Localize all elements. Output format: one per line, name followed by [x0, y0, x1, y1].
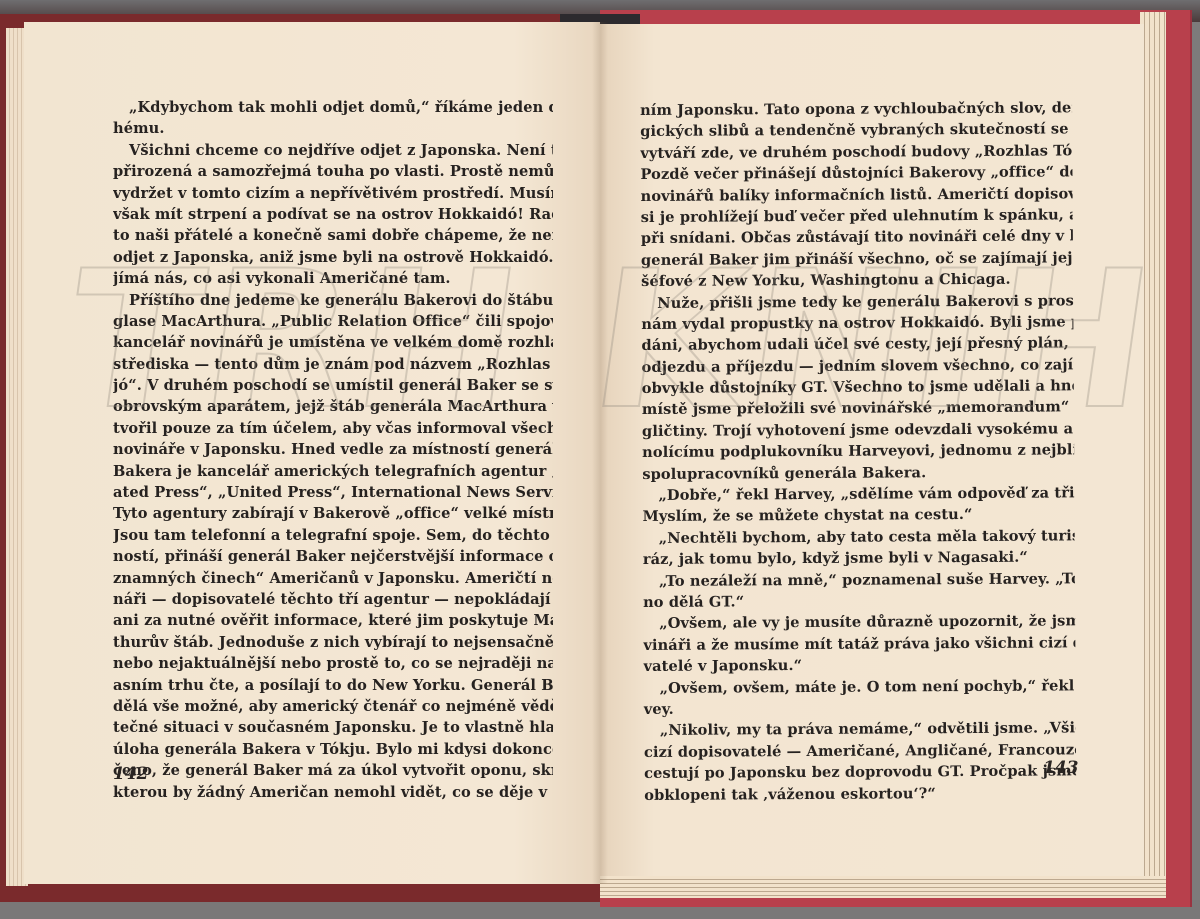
- text-line: ností, přináší generál Baker nejčerstvěj…: [113, 546, 553, 567]
- text-line: přirozená a samozřejmá touha po vlasti. …: [113, 161, 553, 182]
- text-line: novinářů balíky informačních listů. Amer…: [641, 183, 1073, 207]
- text-line: ráz, jak tomu bylo, když jsme byli v Nag…: [643, 547, 1075, 571]
- text-line: vináři a že musíme mít tatáž práva jako …: [643, 632, 1075, 656]
- text-line: ním Japonsku. Tato opona z vychloubačnýc…: [640, 97, 1072, 121]
- text-line: nolícímu podplukovníku Harveyovi, jednom…: [642, 440, 1074, 464]
- text-line: znamných činech“ Američanů v Japonsku. A…: [113, 568, 553, 589]
- text-line: kterou by žádný Američan nemohl vidět, c…: [113, 782, 553, 803]
- text-line: Příštího dne jedeme ke generálu Bakerovi…: [113, 290, 553, 311]
- text-line: Myslím, že se můžete chystat na cestu.“: [642, 504, 1074, 528]
- text-line: však mít strpení a podívat se na ostrov …: [113, 204, 553, 225]
- text-line: při snídani. Občas zůstávají tito noviná…: [641, 226, 1073, 250]
- right-page-number: 143: [1043, 758, 1079, 778]
- text-line: obrovským aparátem, jejž štáb generála M…: [113, 396, 553, 417]
- text-line: si je prohlížejí buď večer před ulehnutí…: [641, 204, 1073, 228]
- text-line: novináře v Japonsku. Hned vedle za místn…: [113, 439, 553, 460]
- text-line: „Ovšem, ovšem, máte je. O tom není pochy…: [644, 675, 1076, 699]
- text-line: šéfové z New Yorku, Washingtonu a Chicag…: [641, 268, 1073, 292]
- text-line: jó“. V druhém poschodí se umístil generá…: [113, 375, 553, 396]
- text-line: obklopeni tak ‚váženou eskortou‘?“: [644, 782, 1076, 806]
- text-line: střediska — tento dům je znám pod názvem…: [113, 354, 553, 375]
- book-gutter: [592, 22, 608, 884]
- text-line: generál Baker jim přináší všechno, oč se…: [641, 247, 1073, 271]
- text-line: nebo nejaktuálnější nebo prostě to, co s…: [113, 653, 553, 674]
- text-line: vytváří zde, ve druhém poschodí budovy „…: [640, 140, 1072, 164]
- text-line: Jsou tam telefonní a telegrafní spoje. S…: [113, 525, 553, 546]
- text-line: spolupracovníků generála Bakera.: [642, 461, 1074, 485]
- text-line: tečné situaci v současném Japonsku. Je t…: [113, 717, 553, 738]
- text-line: Tyto agentury zabírají v Bakerově „offic…: [113, 503, 553, 524]
- text-line: Všichni chceme co nejdříve odjet z Japon…: [113, 140, 553, 161]
- text-line: Bakera je kancelář amerických telegrafní…: [113, 461, 553, 482]
- text-line: cestují po Japonsku bez doprovodu GT. Pr…: [644, 760, 1076, 784]
- text-line: čeno, že generál Baker má za úkol vytvoř…: [113, 760, 553, 781]
- text-line: no dělá GT.“: [643, 589, 1075, 613]
- text-line: jímá nás, co asi vykonali Američané tam.: [113, 268, 553, 289]
- text-line: „Nechtěli bychom, aby tato cesta měla ta…: [643, 525, 1075, 549]
- text-line: „Kdybychom tak mohli odjet domů,“ říkáme…: [113, 97, 553, 118]
- left-page-number: 142: [113, 764, 149, 784]
- text-line: cizí dopisovatelé — Američané, Angličané…: [644, 739, 1076, 763]
- page-edges-bottom: [600, 876, 1166, 898]
- text-line: odjezdu a příjezdu — jedním slovem všech…: [642, 354, 1074, 378]
- text-line: „Nikoliv, my ta práva nemáme,“ odvětili …: [644, 718, 1076, 742]
- text-line: to naši přátelé a konečně sami dobře chá…: [113, 225, 553, 246]
- text-line: asním trhu čte, a posílají to do New Yor…: [113, 675, 553, 696]
- text-line: „Dobře,“ řekl Harvey, „sdělíme vám odpov…: [642, 482, 1074, 506]
- text-line: gličtiny. Trojí vyhotovení jsme odevzdal…: [642, 418, 1074, 442]
- text-line: Pozdě večer přinášejí důstojníci Bakerov…: [640, 162, 1072, 186]
- text-line: nám vydal propustky na ostrov Hokkaidó. …: [641, 311, 1073, 335]
- text-line: „To nezáleží na mně,“ poznamenal suše Ha…: [643, 568, 1075, 592]
- text-line: vatelé v Japonsku.“: [643, 654, 1075, 678]
- text-line: vydržet v tomto cizím a nepřívětivém pro…: [113, 183, 553, 204]
- text-line: dáni, abychom udali účel své cesty, její…: [641, 333, 1073, 357]
- text-line: vey.: [644, 696, 1076, 720]
- text-line: odjet z Japonska, aniž jsme byli na ostr…: [113, 247, 553, 268]
- text-line: místě jsme přeložili své novinářské „mem…: [642, 397, 1074, 421]
- text-line: gických slibů a tendenčně vybraných skut…: [640, 119, 1072, 143]
- text-line: dělá vše možné, aby americký čtenář co n…: [113, 696, 553, 717]
- text-line: hému.: [113, 118, 553, 139]
- text-line: thurův štáb. Jednoduše z nich vybírají t…: [113, 632, 553, 653]
- text-line: úloha generála Bakera v Tókju. Bylo mi k…: [113, 739, 553, 760]
- text-line: ated Press“, „United Press“, Internation…: [113, 482, 553, 503]
- left-page-text: „Kdybychom tak mohli odjet domů,“ říkáme…: [113, 97, 553, 803]
- text-line: obvykle důstojníky GT. Všechno to jsme u…: [642, 375, 1074, 399]
- text-line: tvořil pouze za tím účelem, aby včas inf…: [113, 418, 553, 439]
- text-line: „Ovšem, ale vy je musíte důrazně upozorn…: [643, 611, 1075, 635]
- text-line: kancelář novinářů je umístěna ve velkém …: [113, 332, 553, 353]
- text-line: glase MacArthura. „Public Relation Offic…: [113, 311, 553, 332]
- text-line: náři — dopisovatelé těchto tří agentur —…: [113, 589, 553, 610]
- text-line: Nuže, přišli jsme tedy ke generálu Baker…: [641, 290, 1073, 314]
- right-page-text: ním Japonsku. Tato opona z vychloubačnýc…: [640, 97, 1076, 806]
- text-line: ani za nutné ověřit informace, které jim…: [113, 610, 553, 631]
